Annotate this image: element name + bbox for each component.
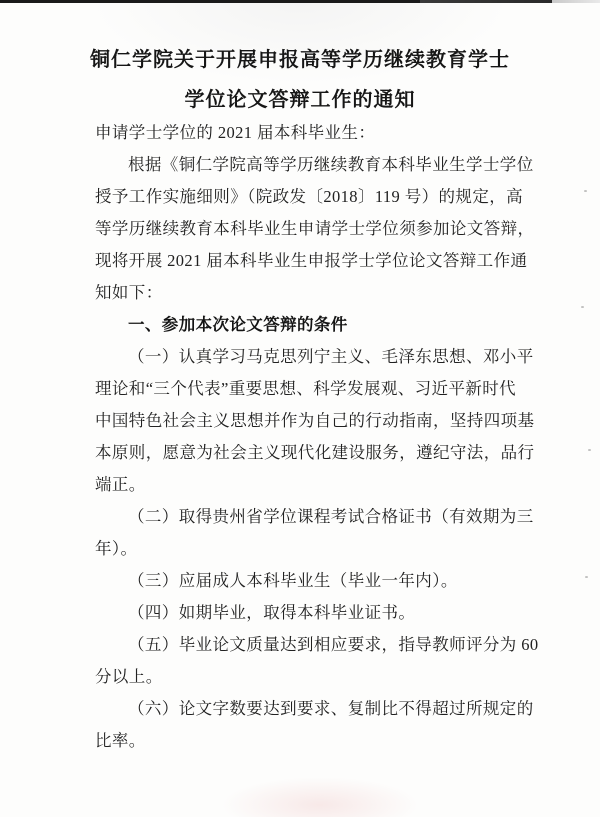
notice-title-line-1: 铜仁学院关于开展申报高等学历继续教育学士	[0, 40, 600, 80]
body-line: 比率。	[95, 725, 519, 757]
body-line: 授予工作实施细则》（院政发〔2018〕119 号）的规定，高	[95, 181, 519, 213]
body-line: 端正。	[95, 469, 519, 501]
body-line: （一）认真学习马克思列宁主义、毛泽东思想、邓小平	[95, 341, 519, 373]
body-line: （二）取得贵州省学位课程考试合格证书（有效期为三	[95, 501, 519, 533]
body-line: 本原则，愿意为社会主义现代化建设服务，遵纪守法，品行	[95, 437, 519, 469]
scan-speck	[584, 190, 587, 192]
notice-title-line-2: 学位论文答辩工作的通知	[0, 80, 600, 120]
body-line: （六）论文字数要达到要求、复制比不得超过所规定的	[95, 693, 519, 725]
body-line: （五）毕业论文质量达到相应要求，指导教师评分为 60	[95, 629, 519, 661]
body-line: 根据《铜仁学院高等学历继续教育本科毕业生学士学位	[95, 149, 519, 181]
body-line: （三）应届成人本科毕业生（毕业一年内）。	[95, 565, 519, 597]
body-line: 分以上。	[95, 661, 519, 693]
scan-speck	[585, 576, 588, 578]
body-line: 现将开展 2021 届本科毕业生申报学士学位论文答辩工作通	[95, 245, 519, 277]
body-line: 年）。	[95, 533, 519, 565]
scan-edge-artifact	[0, 0, 600, 3]
salutation-line: 申请学士学位的 2021 届本科毕业生：	[95, 117, 519, 149]
body-line: 理论和“三个代表”重要思想、科学发展观、习近平新时代	[95, 373, 519, 405]
notice-title: 铜仁学院关于开展申报高等学历继续教育学士 学位论文答辩工作的通知	[0, 40, 600, 120]
body-line: （四）如期毕业，取得本科毕业证书。	[95, 597, 519, 629]
section-heading: 一、参加本次论文答辩的条件	[95, 309, 519, 341]
body-line: 中国特色社会主义思想并作为自己的行动指南，坚持四项基	[95, 405, 519, 437]
scan-speck	[581, 306, 584, 308]
notice-body: 申请学士学位的 2021 届本科毕业生： 根据《铜仁学院高等学历继续教育本科毕业…	[95, 117, 519, 757]
scan-speck	[588, 449, 591, 451]
body-line: 知如下：	[95, 277, 519, 309]
scanned-notice-page: 铜仁学院关于开展申报高等学历继续教育学士 学位论文答辩工作的通知 申请学士学位的…	[0, 0, 600, 817]
body-line: 等学历继续教育本科毕业生申请学士学位须参加论文答辩，	[95, 213, 519, 245]
